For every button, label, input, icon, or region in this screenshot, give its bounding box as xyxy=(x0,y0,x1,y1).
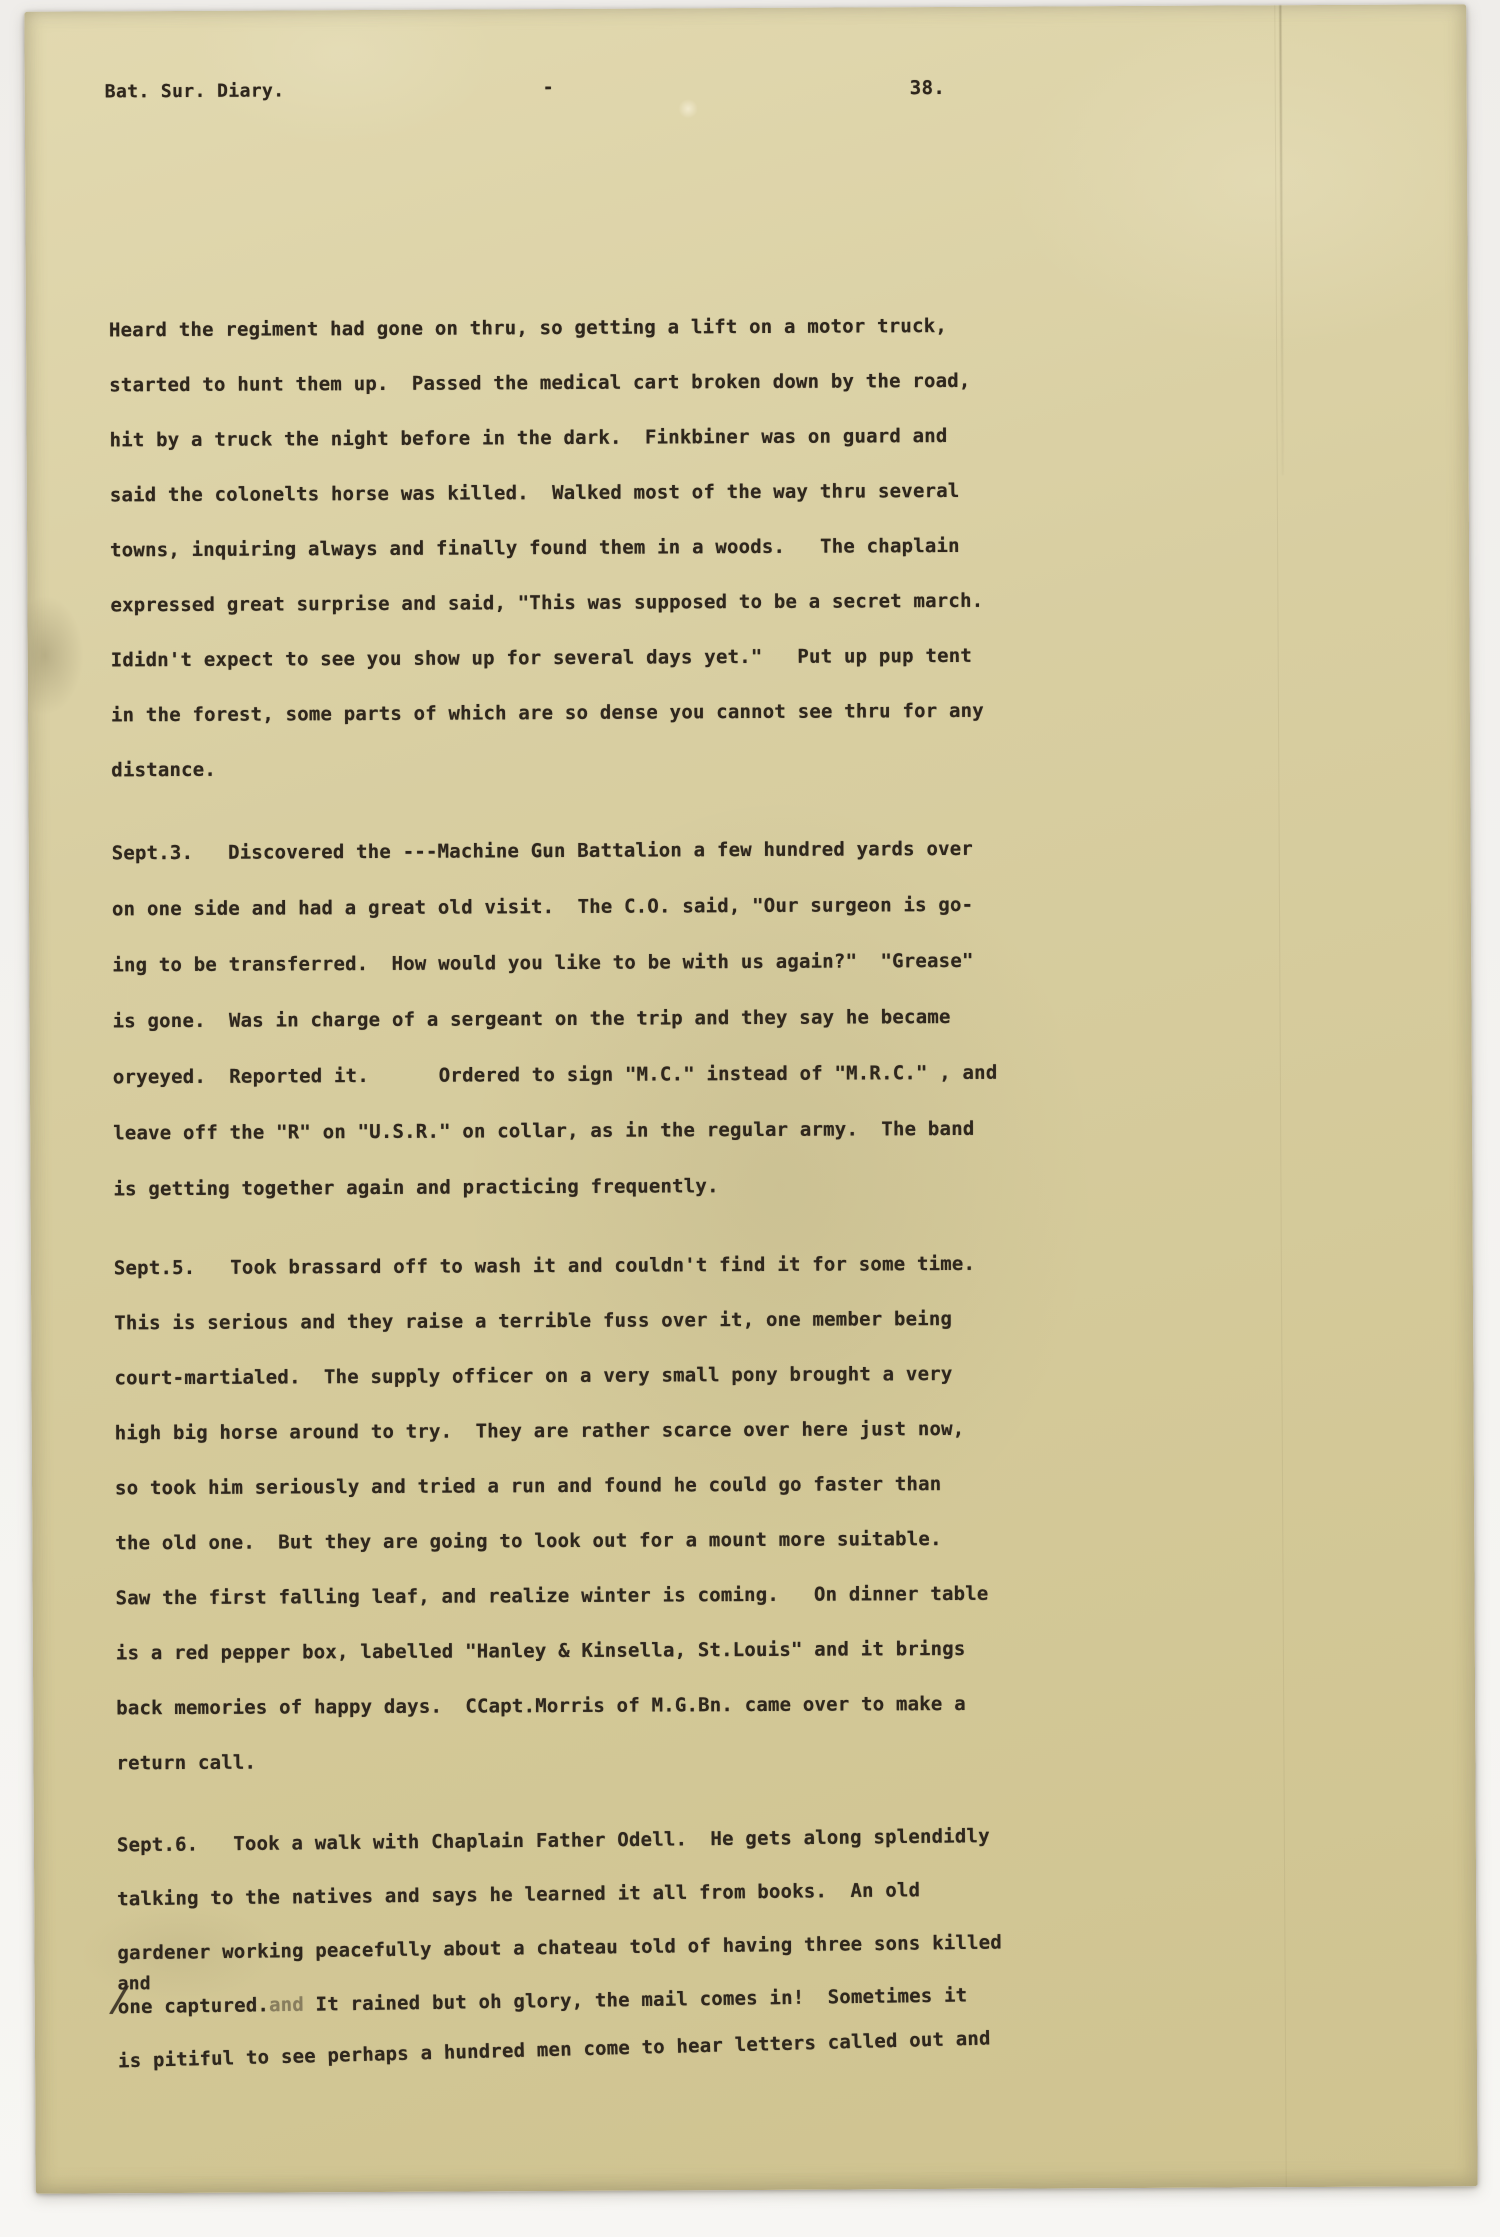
inserted-word-above-line: and xyxy=(118,1975,151,1993)
text-line: Ididn't expect to see you show up for se… xyxy=(111,629,984,689)
text-line: expressed great surprise and said, "This… xyxy=(110,574,983,634)
text-line: court-martialed. The supply officer on a… xyxy=(114,1347,987,1407)
struck-word: and xyxy=(269,1994,304,2016)
text-line: Sept.3. Discovered the ---Machine Gun Ba… xyxy=(112,821,997,882)
diary-page-scan: Bat. Sur. Diary. - 38. Heard the regimen… xyxy=(24,4,1477,2194)
text-line: Heard the regiment had gone on thru, so … xyxy=(109,299,982,359)
text-line: return call. xyxy=(116,1732,989,1792)
text-line: is getting together again and practicing… xyxy=(113,1157,998,1218)
text-line: back memories of happy days. CCapt.Morri… xyxy=(116,1677,989,1737)
paragraph-sept-5: Sept.5. Took brassard off to wash it and… xyxy=(114,1237,990,1792)
text-line: towns, inquiring always and finally foun… xyxy=(110,519,983,579)
line-part: one captured. xyxy=(118,1994,270,2018)
text-line: Saw the first falling leaf, and realize … xyxy=(115,1567,988,1627)
text-line: said the colonelts horse was killed. Wal… xyxy=(110,464,983,524)
text-line: leave off the "R" on "U.S.R." on collar,… xyxy=(113,1101,998,1162)
text-line: on one side and had a great old visit. T… xyxy=(112,877,997,938)
text-line: the old one. But they are going to look … xyxy=(115,1512,988,1572)
text-line: high big horse around to try. They are r… xyxy=(115,1402,988,1462)
paragraph-sept-3: Sept.3. Discovered the ---Machine Gun Ba… xyxy=(112,821,999,1218)
line-part: It rained but oh glory, the mail comes i… xyxy=(304,1984,968,2015)
page-number: 38. xyxy=(910,77,946,99)
text-line: is gone. Was in charge of a sergeant on … xyxy=(112,989,997,1050)
text-line: Sept.5. Took brassard off to wash it and… xyxy=(114,1237,987,1297)
text-line: so took him seriously and tried a run an… xyxy=(115,1457,988,1517)
paragraph-opening: Heard the regiment had gone on thru, so … xyxy=(109,299,985,799)
header-dash: - xyxy=(543,77,554,98)
text-line: hit by a truck the night before in the d… xyxy=(109,409,982,469)
text-line: This is serious and they raise a terribl… xyxy=(114,1292,987,1352)
text-line: distance. xyxy=(111,739,984,799)
text-line: ing to be transferred. How would you lik… xyxy=(112,933,997,994)
paper-crease xyxy=(1279,5,1283,475)
text-line: in the forest, some parts of which are s… xyxy=(111,684,984,744)
text-line: oryeyed. Reported it. Ordered to sign "M… xyxy=(113,1045,998,1106)
text-line: started to hunt them up. Passed the medi… xyxy=(109,354,982,414)
text-line: is a red pepper box, labelled "Hanley & … xyxy=(116,1622,989,1682)
document-title: Bat. Sur. Diary. xyxy=(105,80,285,102)
paragraph-sept-6: Sept.6. Took a walk with Chaplain Father… xyxy=(117,1814,1003,2089)
